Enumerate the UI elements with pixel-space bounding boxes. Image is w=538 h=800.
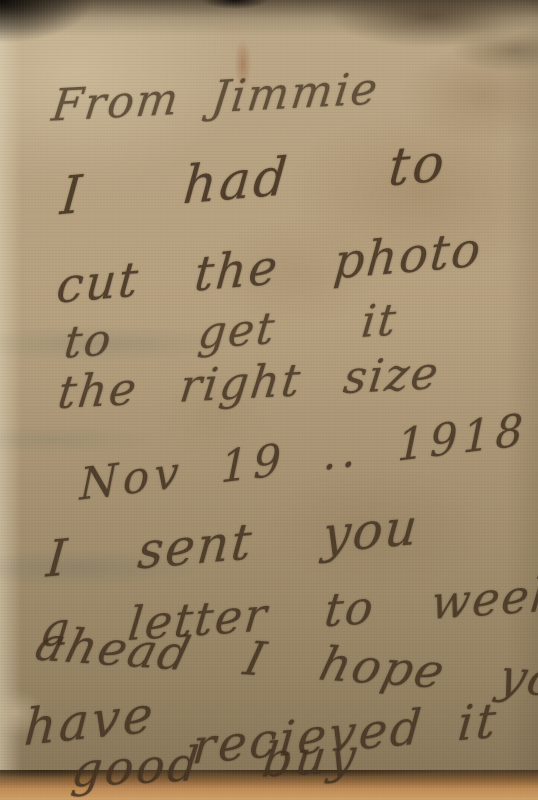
stain-top-blob <box>190 0 280 26</box>
handwriting-line-date: Nov 19 .. 1918 <box>79 404 528 511</box>
photo-back: From Jimmie I had to cut the photo to ge… <box>0 0 538 800</box>
handwriting-line-from-jimmie: From Jimmie <box>49 63 382 132</box>
handwriting-line-cut-the-photo: cut the photo <box>54 221 484 315</box>
handwriting-line-i-sent-you: I sent you <box>44 497 421 588</box>
stain-top-edge <box>0 0 538 36</box>
handwriting-line-i-had-to: I had to <box>58 133 449 227</box>
